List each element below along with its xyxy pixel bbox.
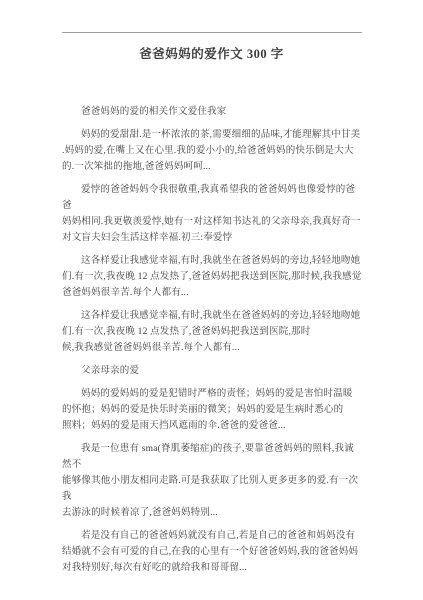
essay-paragraph: 这各样爱让我感觉幸福,有时,我就坐在爸爸妈妈的旁边,轻轻地吻她 们.有一次,我夜… [62,308,363,356]
essay-content: 爸爸妈妈的爱的相关作文爱住我家 妈妈的爱甜甜.是一杯浓浓的茶,需要细细的品味,才… [62,104,363,576]
essay-paragraph: 我是一位患有 sma(脊肌萎缩症)的孩子,要靠爸爸妈妈的照料,我诚然不 能够像其… [62,441,363,521]
essay-page: 爸爸妈妈的爱作文 300 字 爸爸妈妈的爱的相关作文爱住我家 妈妈的爱甜甜.是一… [0,0,423,600]
essay-paragraph: 妈妈的爱甜甜.是一杯浓浓的茶,需要细细的品味,才能理解其中甘美 .妈妈的爱,在嘴… [62,127,363,175]
page-title: 爸爸妈妈的爱作文 300 字 [62,46,361,62]
section-heading: 父亲母亲的爱 [62,363,363,379]
header-divider [62,32,362,33]
essay-paragraph: 若是没有自己的爸爸妈妈就没有自己,若是自己的爸爸和妈妈没有 结婚就不会有可爱的自… [62,528,363,576]
essay-subtitle: 爸爸妈妈的爱的相关作文爱住我家 [62,104,363,120]
essay-paragraph: 爱悖的爸爸妈妈令我很敬重,我真希望我的爸爸妈妈也像爱悖的爸爸 妈妈相同.我更敬羡… [62,182,363,246]
essay-paragraph: 这各样爱让我感觉幸福,有时,我就坐在爸爸妈妈的旁边,轻轻地吻她 们.有一次,我夜… [62,253,363,301]
essay-paragraph: 妈妈的爱妈妈的爱是犯错时严格的责怪；妈妈的爱是害怕时温暖 的怀抱；妈妈的爱是快乐… [62,386,363,434]
